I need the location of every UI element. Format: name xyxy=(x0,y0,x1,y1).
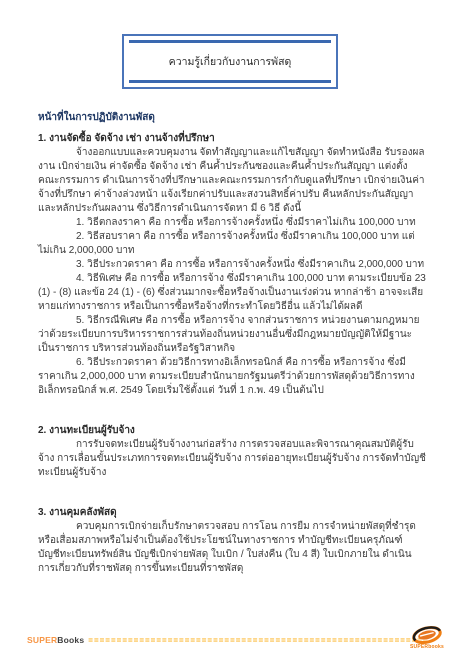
document-page: ความรู้เกี่ยวกับงานการพัสดุ หน้าที่ในการ… xyxy=(0,0,460,672)
superbooks-logo-icon xyxy=(411,624,443,646)
method-item-5: 5. วิธีกรณีพิเศษ คือ การซื้อ หรือการจ้าง… xyxy=(38,314,426,356)
section-2-heading: 2. งานทะเบียนผู้รับจ้าง xyxy=(38,424,426,438)
method-item-3: 3. วิธีประกวดราคา คือ การซื้อ หรือการจ้า… xyxy=(38,258,426,272)
section-3-paragraph: ควบคุมการเบิกจ่ายเก็บรักษาตรวจสอบ การโอน… xyxy=(38,520,426,576)
method-item-6: 6. วิธีประกวดราคา ด้วยวิธีการทางอิเล็กทร… xyxy=(38,356,426,398)
section-2-paragraph: การรับจดทะเบียนผู้รับจ้างงานก่อสร้าง การ… xyxy=(38,438,426,480)
footer-brand-books: Books xyxy=(57,635,84,645)
title-box: ความรู้เกี่ยวกับงานการพัสดุ xyxy=(122,34,338,89)
footer-separator: ========================================… xyxy=(88,636,444,645)
footer-brand-super: SUPER xyxy=(27,635,57,645)
method-item-4: 4. วิธีพิเศษ คือ การซื้อ หรือการจ้าง ซึ่… xyxy=(38,272,426,314)
section-1-paragraph: จ้างออกแบบและควบคุมงาน จัดทำสัญญาและแก้ไ… xyxy=(38,146,426,216)
document-body: หน้าที่ในการปฏิบัติงานพัสดุ 1. งานจัดซื้… xyxy=(38,111,426,576)
page-footer: SUPERBooks =============================… xyxy=(27,634,444,646)
doc-heading: หน้าที่ในการปฏิบัติงานพัสดุ xyxy=(38,111,426,125)
method-item-1: 1. วิธีตกลงราคา คือ การซื้อ หรือการจ้างค… xyxy=(38,216,426,230)
page-title: ความรู้เกี่ยวกับงานการพัสดุ xyxy=(129,40,331,83)
section-1-heading: 1. งานจัดซื้อ จัดจ้าง เช่า งานจ้างที่ปรึ… xyxy=(38,132,426,146)
section-3-heading: 3. งานคุมคลังพัสดุ xyxy=(38,506,426,520)
superbooks-logo: SUPERbooks xyxy=(408,624,446,650)
logo-text: SUPERbooks xyxy=(408,644,446,650)
method-item-2: 2. วิธีสอบราคา คือ การซื้อ หรือการจ้างคร… xyxy=(38,230,426,258)
footer-brand: SUPERBooks xyxy=(27,635,84,645)
